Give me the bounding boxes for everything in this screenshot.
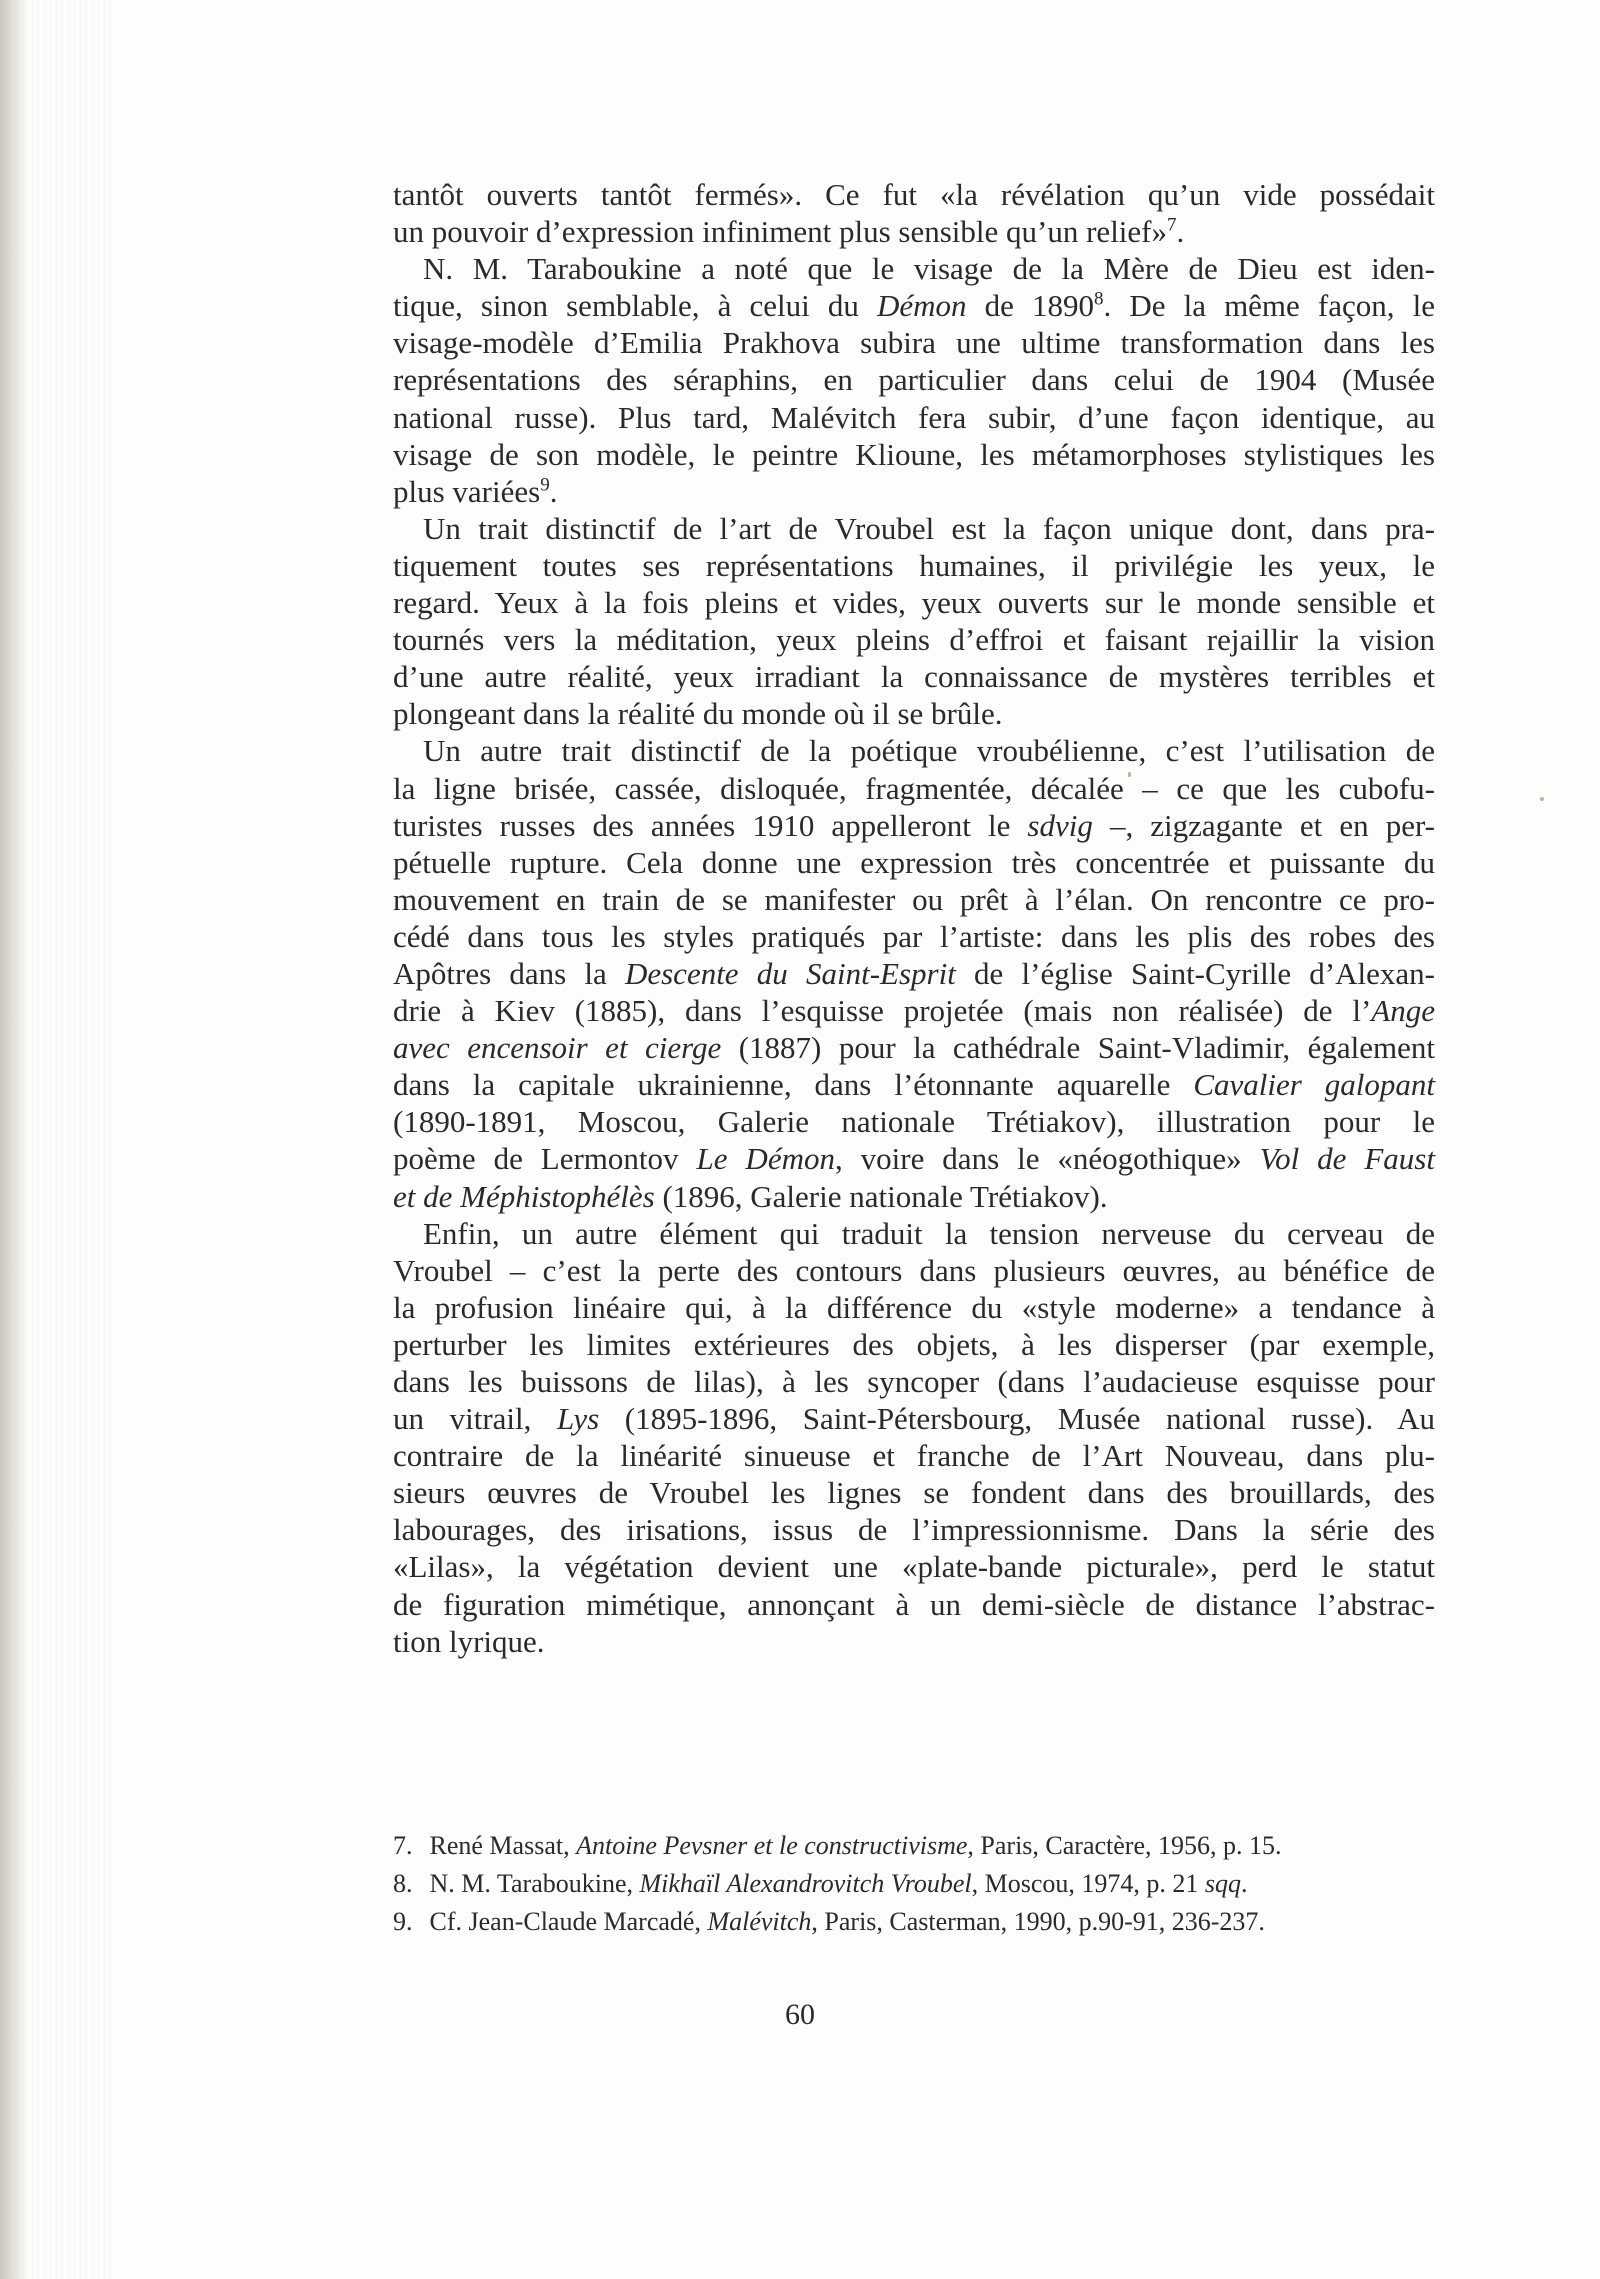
- text-line: plus variées9.: [393, 473, 1435, 510]
- text-line: sieurs œuvres de Vroubel les lignes se f…: [393, 1474, 1435, 1511]
- text-line: labourages, des irisations, issus de l’i…: [393, 1511, 1435, 1548]
- text-line: tantôt ouverts tantôt fermés». Ce fut «l…: [393, 176, 1435, 213]
- text-line: avec encensoir et cierge (1887) pour la …: [393, 1029, 1435, 1066]
- text-line: N. M. Taraboukine a noté que le visage d…: [393, 250, 1435, 287]
- text-line: «Lilas», la végétation devient une «plat…: [393, 1548, 1435, 1585]
- text-line: Vroubel – c’est la perte des contours da…: [393, 1252, 1435, 1289]
- text-line: tion lyrique.: [393, 1623, 1435, 1660]
- footnote-ref-7[interactable]: 7: [1167, 215, 1177, 236]
- footnote-7: 7. René Massat, Antoine Pevsner et le co…: [393, 1827, 1433, 1865]
- text-line: cédé dans tous les styles pratiqués par …: [393, 918, 1435, 955]
- text-line: mouvement en train de se manifester ou p…: [393, 881, 1435, 918]
- text-line: la ligne brisée, cassée, disloquée, frag…: [393, 770, 1435, 807]
- text-line: Un autre trait distinctif de la poétique…: [393, 732, 1435, 769]
- text-line: plongeant dans la réalité du monde où il…: [393, 695, 1435, 732]
- text-line: Un trait distinctif de l’art de Vroubel …: [393, 510, 1435, 547]
- text-line: Enfin, un autre élément qui traduit la t…: [393, 1215, 1435, 1252]
- text-line: contraire de la linéarité sinueuse et fr…: [393, 1437, 1435, 1474]
- text-line: dans la capitale ukrainienne, dans l’éto…: [393, 1066, 1435, 1103]
- text-line: représentations des séraphins, en partic…: [393, 361, 1435, 398]
- text-line: la profusion linéaire qui, à la différen…: [393, 1289, 1435, 1326]
- text-line: de figuration mimétique, annonçant à un …: [393, 1586, 1435, 1623]
- footnote-8: 8. N. M. Taraboukine, Mikhaïl Alexandrov…: [393, 1865, 1433, 1903]
- text-line: (1890-1891, Moscou, Galerie nationale Tr…: [393, 1103, 1435, 1140]
- text-line: tournés vers la méditation, yeux pleins …: [393, 621, 1435, 658]
- text-line: tiquement toutes ses représentations hum…: [393, 547, 1435, 584]
- footnote-ref-9[interactable]: 9: [540, 474, 550, 495]
- text-line: regard. Yeux à la fois pleins et vides, …: [393, 584, 1435, 621]
- text-line: pétuelle rupture. Cela donne une express…: [393, 844, 1435, 881]
- text-line: poème de Lermontov Le Démon, voire dans …: [393, 1140, 1435, 1177]
- text-line: drie à Kiev (1885), dans l’esquisse proj…: [393, 992, 1435, 1029]
- page-number: 60: [0, 1998, 1600, 2032]
- book-spine-shadow: [0, 0, 26, 2279]
- footnotes: 7. René Massat, Antoine Pevsner et le co…: [393, 1827, 1433, 1941]
- text-line: visage-modèle d’Emilia Prakhova subira u…: [393, 324, 1435, 361]
- body-text: tantôt ouverts tantôt fermés». Ce fut «l…: [393, 176, 1435, 1660]
- text-line: et de Méphistophélès (1896, Galerie nati…: [393, 1178, 1435, 1215]
- text-line: un vitrail, Lys (1895-1896, Saint-Péters…: [393, 1400, 1435, 1437]
- text-line: perturber les limites extérieures des ob…: [393, 1326, 1435, 1363]
- text-line: turistes russes des années 1910 appeller…: [393, 807, 1435, 844]
- text-line: Apôtres dans la Descente du Saint-Esprit…: [393, 955, 1435, 992]
- text-line: dans les buissons de lilas), à les synco…: [393, 1363, 1435, 1400]
- page-edges: [26, 0, 116, 2279]
- text-line: un pouvoir d’expression infiniment plus …: [393, 213, 1435, 250]
- scan-speck: [1540, 797, 1544, 801]
- text-line: d’une autre réalité, yeux irradiant la c…: [393, 658, 1435, 695]
- text-line: tique, sinon semblable, à celui du Démon…: [393, 287, 1435, 324]
- scan-speck: [1128, 772, 1131, 777]
- text-line: national russe). Plus tard, Malévitch fe…: [393, 399, 1435, 436]
- footnote-9: 9. Cf. Jean-Claude Marcadé, Malévitch, P…: [393, 1903, 1433, 1941]
- text-line: visage de son modèle, le peintre Klioune…: [393, 436, 1435, 473]
